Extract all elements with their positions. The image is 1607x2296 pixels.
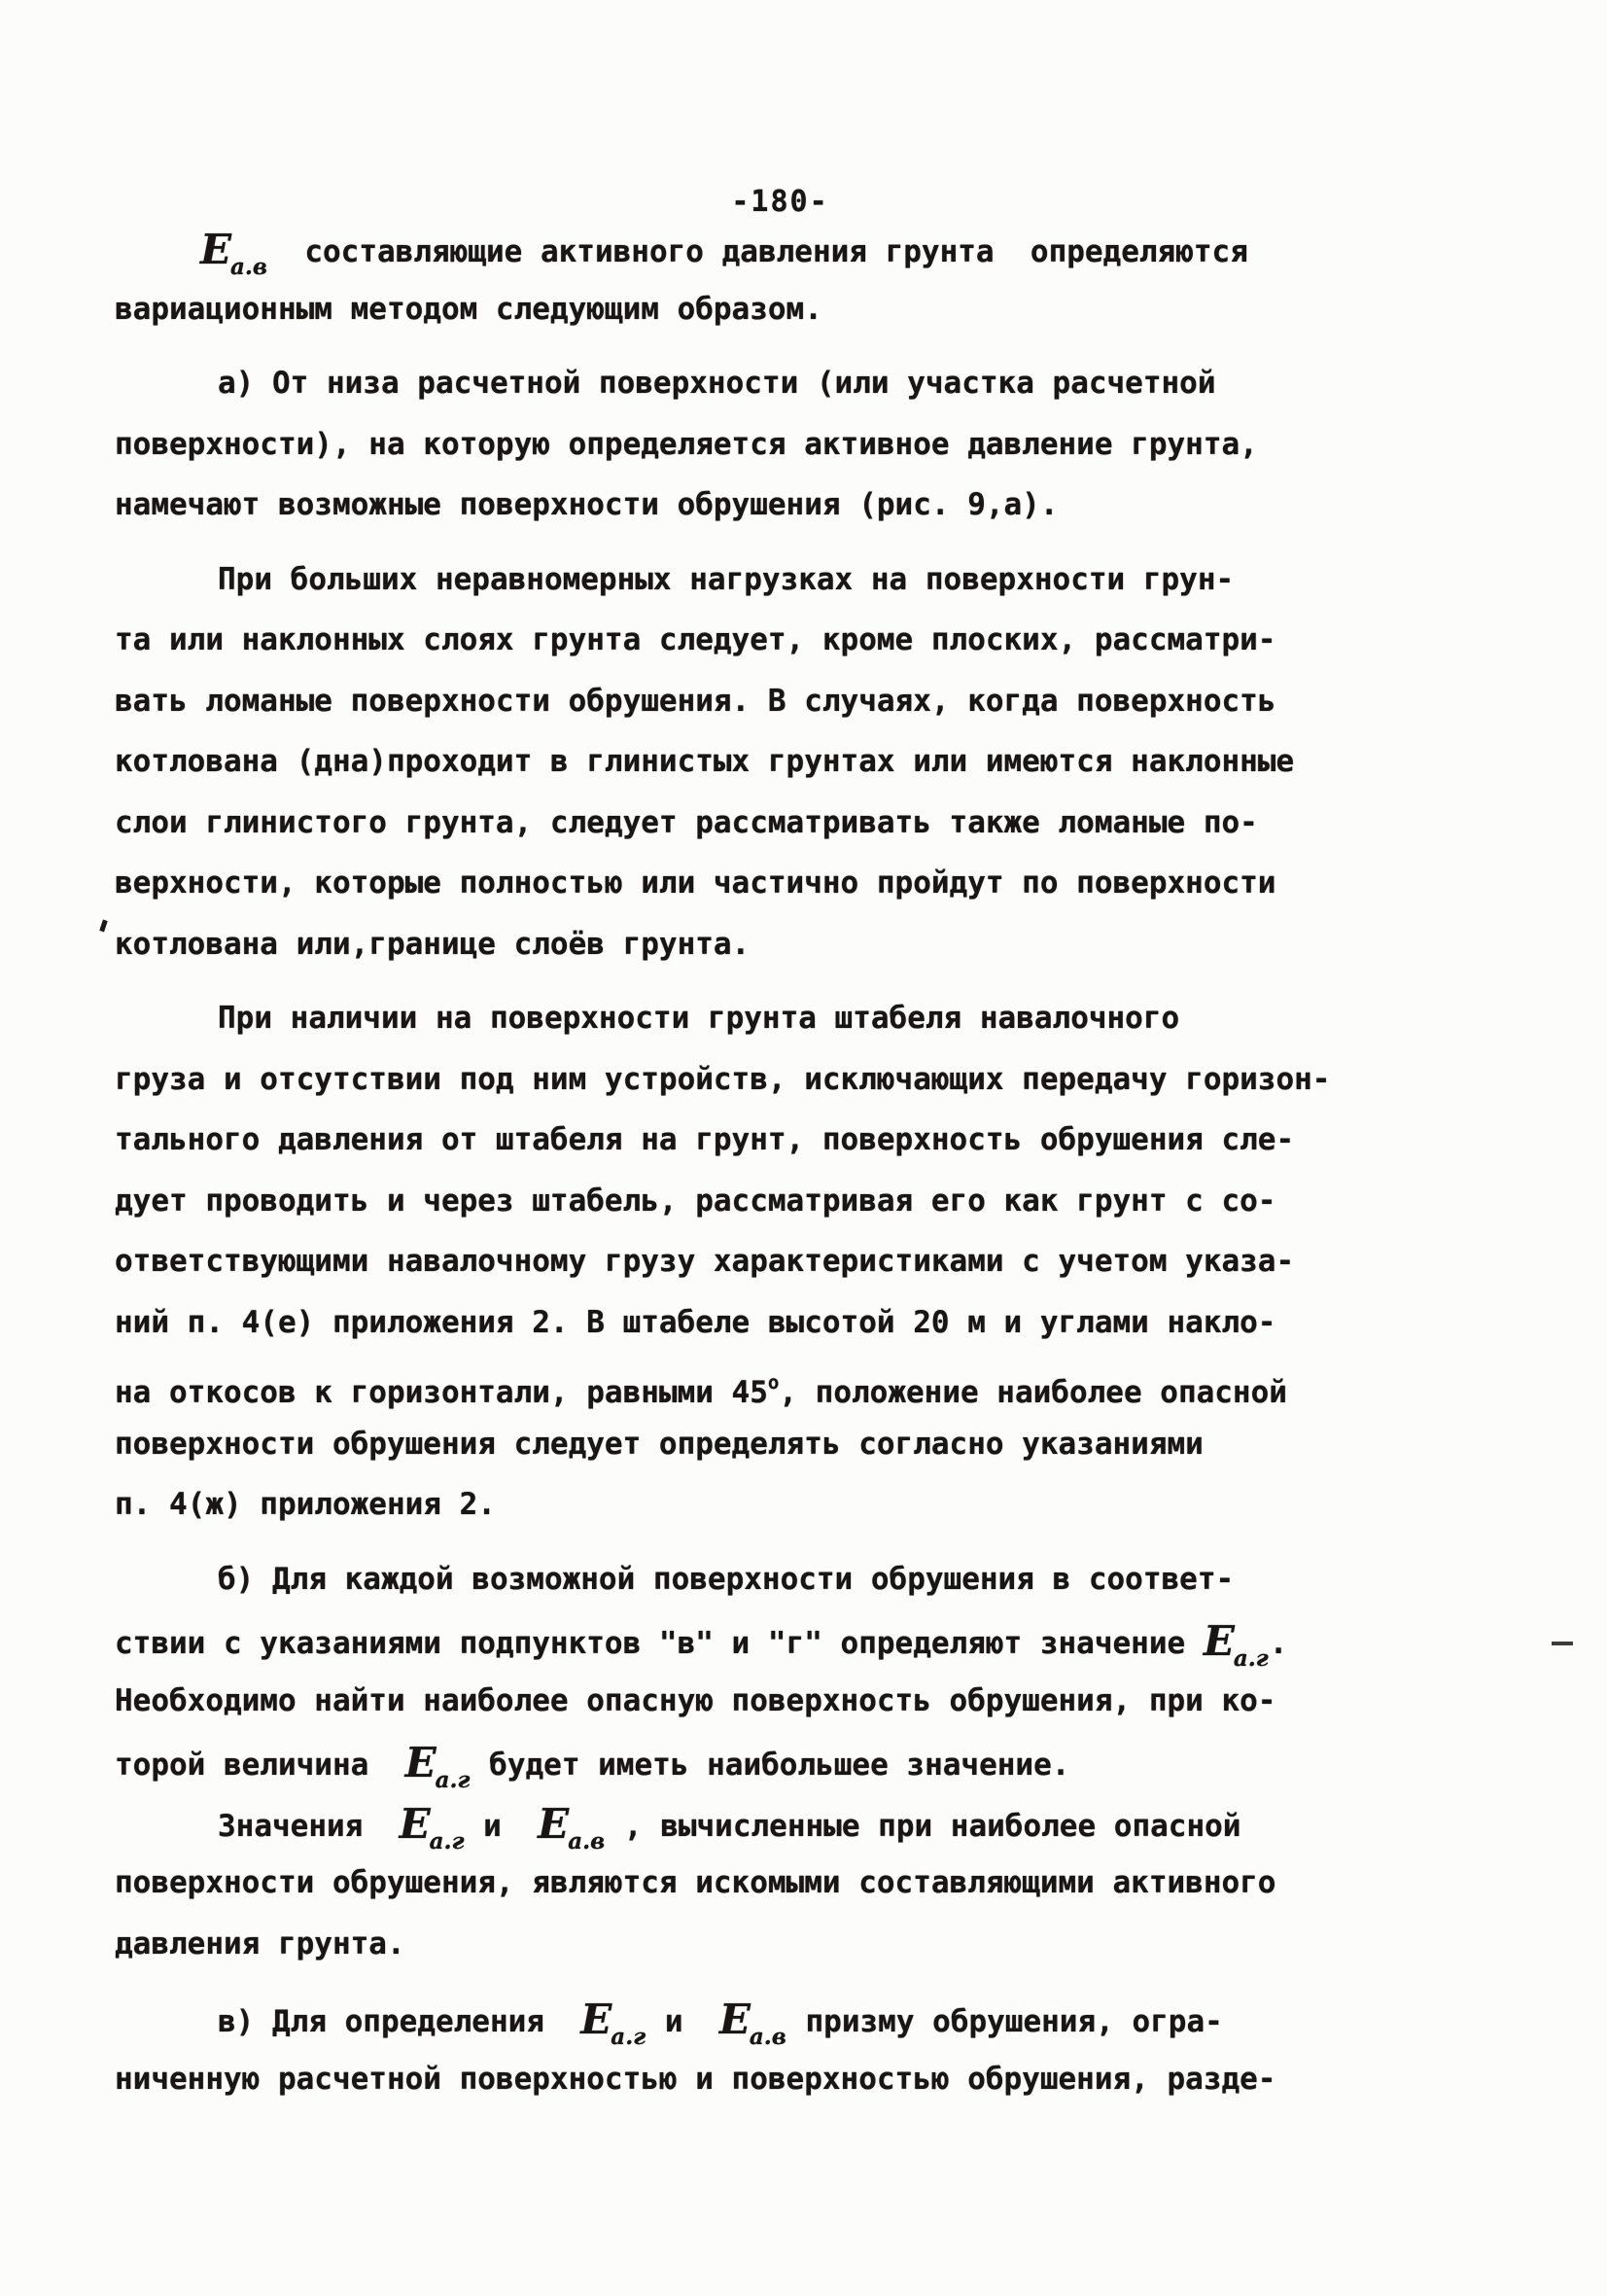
- text-segment: поверхности обрушения, являются искомыми…: [115, 1865, 1275, 1900]
- text-segment: слои глинистого грунта, следует рассматр…: [115, 805, 1258, 840]
- text-line: торой величина Еа.г будет иметь наибольш…: [115, 1731, 1529, 1792]
- text-segment: составляющие активного давления грунта о…: [268, 234, 1248, 269]
- formula-base: Е: [200, 226, 231, 273]
- text-line: При больших неравномерных нагрузках на п…: [115, 549, 1529, 611]
- text-line: ствии с указаниями подпунктов "в" и "г" …: [115, 1609, 1529, 1671]
- formula-base: Е: [405, 1739, 437, 1786]
- text-segment: торой величина: [115, 1748, 405, 1783]
- formula-base: Е: [400, 1800, 431, 1848]
- formula-base: Е: [538, 1800, 569, 1848]
- text-segment: котлована (дна)проходит в глинистых грун…: [115, 744, 1294, 779]
- text-segment: ствии с указаниями подпунктов "в" и "г" …: [115, 1626, 1204, 1661]
- text-segment: ний п. 4(е) приложения 2. В штабеле высо…: [115, 1305, 1275, 1340]
- text-line: намечают возможные поверхности обрушения…: [115, 475, 1529, 536]
- document-lines: Еа.в составляющие активного давления гру…: [115, 218, 1529, 2109]
- text-line: та или наклонных слоях грунта следует, к…: [115, 610, 1529, 671]
- formula-subscript: а.в: [568, 1828, 605, 1854]
- handwritten-formula: Еа.г: [1204, 1611, 1270, 1679]
- text-segment: Необходимо найти наиболее опасную поверх…: [115, 1683, 1275, 1718]
- text-segment: вать ломаные поверхности обрушения. В сл…: [115, 684, 1275, 719]
- text-line: слои глинистого грунта, следует рассматр…: [115, 793, 1529, 854]
- text-line: поверхности обрушения следует определять…: [115, 1414, 1529, 1475]
- text-segment: ответствующими навалочному грузу характе…: [115, 1244, 1294, 1279]
- scan-artifact: [99, 920, 107, 933]
- text-line: котлована или,границе слоёв грунта.: [115, 914, 1529, 975]
- formula-base: Е: [719, 1996, 751, 2043]
- text-line: поверхности), на которую определяется ак…: [115, 414, 1529, 476]
- handwritten-formula: Еа.в: [200, 220, 268, 288]
- text-segment: а) От низа расчетной поверхности (или уч…: [218, 366, 1216, 401]
- text-line: груза и отсутствии под ним устройств, ис…: [115, 1049, 1529, 1111]
- text-segment: давления грунта.: [115, 1926, 405, 1961]
- text-line: тального давления от штабеля на грунт, п…: [115, 1110, 1529, 1171]
- formula-subscript: а.в: [230, 254, 267, 280]
- handwritten-formula: Еа.г: [400, 1794, 466, 1862]
- text-segment: поверхности обрушения следует определять…: [115, 1427, 1204, 1462]
- text-line: на откосов к горизонтали, равными 45о, п…: [115, 1353, 1529, 1414]
- formula-subscript: а.г: [1234, 1645, 1269, 1672]
- handwritten-formula: Еа.в: [538, 1794, 606, 1862]
- text-segment: поверхности), на которую определяется ак…: [115, 427, 1258, 462]
- text-line: Значения Еа.г и Еа.в , вычисленные при н…: [115, 1792, 1529, 1854]
- text-line: вариационным методом следующим образом.: [115, 279, 1529, 340]
- formula-subscript: а.в: [750, 2024, 786, 2050]
- text-line: п. 4(ж) приложения 2.: [115, 1474, 1529, 1536]
- text-line: ниченную расчетной поверхностью и поверх…: [115, 2049, 1529, 2110]
- handwritten-formula: Еа.г: [405, 1733, 472, 1801]
- text-segment: , положение наиболее опасной: [779, 1375, 1287, 1410]
- text-segment: намечают возможные поверхности обрушения…: [115, 487, 1059, 522]
- text-line: в) Для определения Еа.г и Еа.в призму об…: [115, 1988, 1529, 2049]
- text-line: Необходимо найти наиболее опасную поверх…: [115, 1671, 1529, 1732]
- formula-base: Е: [580, 1996, 611, 2043]
- text-segment: ниченную расчетной поверхностью и поверх…: [115, 2062, 1275, 2097]
- text-segment: .: [1270, 1626, 1288, 1661]
- text-line: ответствующими навалочному грузу характе…: [115, 1231, 1529, 1292]
- text-line: Еа.в составляющие активного давления гру…: [115, 218, 1529, 279]
- formula-subscript: а.г: [436, 1767, 471, 1793]
- handwritten-formula: Еа.г: [580, 1990, 646, 2058]
- text-segment: Значения: [218, 1809, 400, 1844]
- text-segment: в) Для определения: [218, 2004, 580, 2039]
- text-line: б) Для каждой возможной поверхности обру…: [115, 1549, 1529, 1610]
- text-segment: и: [646, 2004, 719, 2039]
- text-line: давления грунта.: [115, 1914, 1529, 1975]
- text-line: дует проводить и через штабель, рассматр…: [115, 1171, 1529, 1232]
- text-line: котлована (дна)проходит в глинистых грун…: [115, 731, 1529, 793]
- formula-subscript: а.г: [430, 1828, 465, 1854]
- handwritten-formula: Еа.в: [719, 1990, 787, 2058]
- text-segment: вариационным методом следующим образом.: [115, 292, 822, 327]
- text-segment: дует проводить и через штабель, рассматр…: [115, 1183, 1275, 1219]
- text-segment: верхности, которые полностью или частичн…: [115, 865, 1275, 901]
- text-segment: и: [466, 1809, 539, 1844]
- text-segment: , вычисленные при наиболее опасной: [606, 1809, 1240, 1844]
- text-line: поверхности обрушения, являются искомыми…: [115, 1853, 1529, 1914]
- text-line: При наличии на поверхности грунта штабел…: [115, 988, 1529, 1049]
- superscript-degree: о: [768, 1372, 779, 1394]
- text-segment: тального давления от штабеля на грунт, п…: [115, 1122, 1294, 1157]
- text-segment: будет иметь наибольшее значение.: [472, 1748, 1070, 1783]
- text-segment: б) Для каждой возможной поверхности обру…: [218, 1562, 1234, 1597]
- text-segment: п. 4(ж) приложения 2.: [115, 1487, 496, 1522]
- formula-base: Е: [1204, 1617, 1235, 1665]
- text-segment: та или наклонных слоях грунта следует, к…: [115, 622, 1275, 657]
- text-segment: груза и отсутствии под ним устройств, ис…: [115, 1062, 1330, 1097]
- scanned-document-page: -180- Еа.в составляющие активного давлен…: [0, 0, 1607, 2296]
- text-segment: котлована или,границе слоёв грунта.: [115, 927, 750, 962]
- formula-subscript: а.г: [611, 2024, 646, 2050]
- text-line: а) От низа расчетной поверхности (или уч…: [115, 353, 1529, 414]
- text-segment: При больших неравномерных нагрузках на п…: [218, 562, 1234, 597]
- page-number: -180-: [0, 185, 1584, 219]
- text-line: вать ломаные поверхности обрушения. В сл…: [115, 671, 1529, 732]
- text-segment: на откосов к горизонтали, равными 45: [115, 1375, 768, 1410]
- text-segment: При наличии на поверхности грунта штабел…: [218, 1001, 1179, 1036]
- text-segment: призму обрушения, огра-: [787, 2004, 1223, 2039]
- text-line: верхности, которые полностью или частичн…: [115, 853, 1529, 914]
- scan-artifact: [1552, 1642, 1573, 1645]
- text-line: ний п. 4(е) приложения 2. В штабеле высо…: [115, 1292, 1529, 1354]
